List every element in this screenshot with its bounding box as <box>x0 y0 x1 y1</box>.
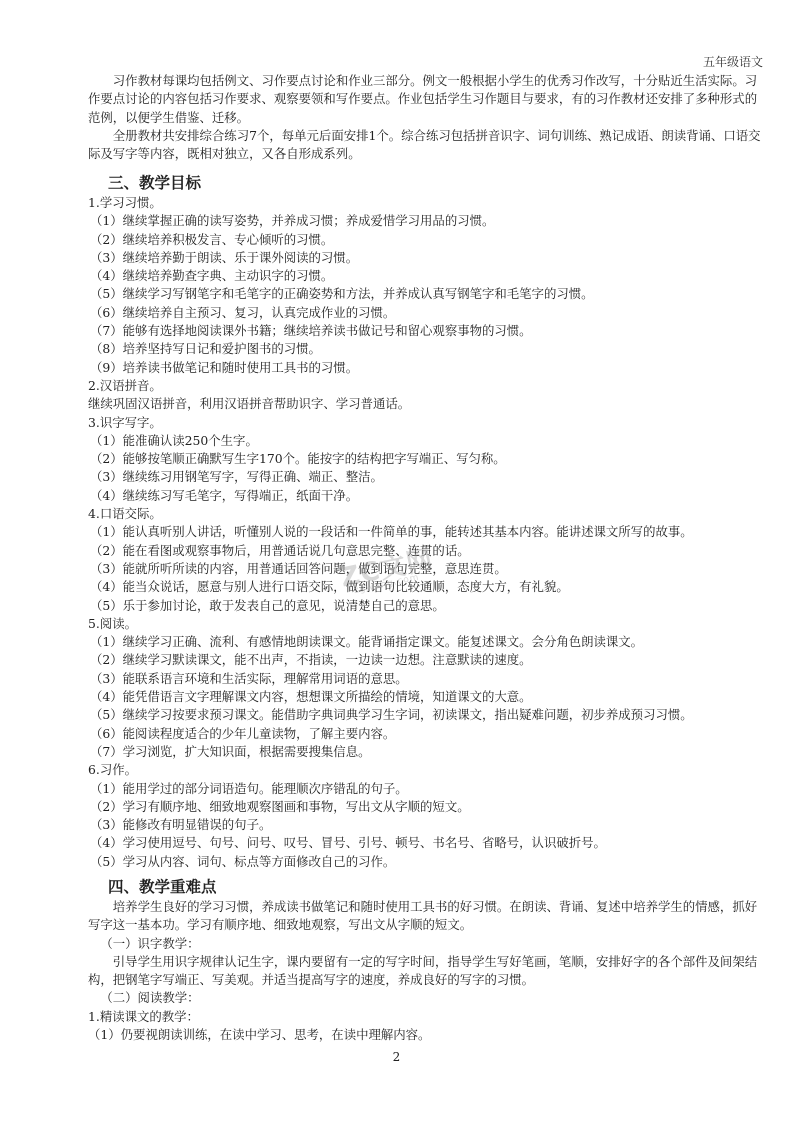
list-item: （2）继续学习默读课文，能不出声，不指读，一边读一边想。注意默读的速度。 <box>88 651 768 669</box>
intro-paragraph-2: 全册教材共安排综合练习7个，每单元后面安排1个。综合练习包括拼音识字、词句训练、… <box>88 127 768 164</box>
list-item: 继续巩固汉语拼音，利用汉语拼音帮助识字、学习普通话。 <box>88 395 768 413</box>
list-item: （5）继续学习写钢笔字和毛笔字的正确姿势和方法，并养成认真写钢笔字和毛笔字的习惯… <box>88 285 768 303</box>
list-item: （2）继续培养积极发言、专心倾听的习惯。 <box>88 231 768 249</box>
subsection-heading: （二）阅读教学： <box>88 989 768 1007</box>
section-intro: 培养学生良好的学习习惯，养成读书做笔记和随时使用工具书的好习惯。在朗读、背诵、复… <box>88 898 768 935</box>
list-item: （3）能联系语言环境和生活实际，理解常用词语的意思。 <box>88 670 768 688</box>
list-item: （2）能够按笔顺正确默写生字170个。能按字的结构把字写端正、写匀称。 <box>88 450 768 468</box>
group-heading: 1.学习习惯。 <box>88 194 768 212</box>
intro-block: 习作教材每课均包括例文、习作要点讨论和作业三部分。例文一般根据小学生的优秀习作改… <box>88 72 768 163</box>
document-page: 五年级语文 习作教材每课均包括例文、习作要点讨论和作业三部分。例文一般根据小学生… <box>0 0 793 1122</box>
list-item: （5）继续学习按要求预习课文。能借助字典词典学习生字词，初读课文，指出疑难问题，… <box>88 706 768 724</box>
list-item: （6）能阅读程度适合的少年儿童读物，了解主要内容。 <box>88 725 768 743</box>
subsection-text: 引导学生用识字规律认记生字，课内要留有一定的写字时间，指导学生写好笔画，笔顺，安… <box>88 953 768 990</box>
list-item: （4）能当众说话，愿意与别人进行口语交际，做到语句比较通顺，态度大方，有礼貌。 <box>88 578 768 596</box>
list-item: （5）乐于参加讨论，敢于发表自己的意见，说清楚自己的意思。 <box>88 597 768 615</box>
list-item: （1）能用学过的部分词语造句。能理顺次序错乱的句子。 <box>88 780 768 798</box>
list-item: （1）仍要视朗读训练，在读中学习、思考，在读中理解内容。 <box>88 1026 768 1044</box>
subsection-heading: （一）识字教学： <box>88 935 768 953</box>
section-title: 四、教学重难点 <box>88 876 768 898</box>
section-key-difficulties: 四、教学重难点 培养学生良好的学习习惯，养成读书做笔记和随时使用工具书的好习惯。… <box>88 876 768 1044</box>
list-item: （7）能够有选择地阅读课外书籍；继续培养读书做记号和留心观察事物的习惯。 <box>88 322 768 340</box>
item-heading: 1.精读课文的教学： <box>88 1008 768 1026</box>
list-item: （4）继续培养勤查字典、主动识字的习惯。 <box>88 267 768 285</box>
list-item: （6）继续培养自主预习、复习，认真完成作业的习惯。 <box>88 304 768 322</box>
running-header: 五年级语文 <box>703 53 763 70</box>
list-item: （1）能准确认读250个生字。 <box>88 432 768 450</box>
section-teaching-goals: 三、教学目标 1.学习习惯。 （1）继续掌握正确的读写姿势，并养成习惯；养成爱惜… <box>88 172 768 871</box>
list-item: （9）培养读书做笔记和随时使用工具书的习惯。 <box>88 359 768 377</box>
section-title: 三、教学目标 <box>88 172 768 194</box>
list-item: （3）继续培养勤于朗读、乐于课外阅读的习惯。 <box>88 249 768 267</box>
list-item: （1）继续掌握正确的读写姿势，并养成习惯；养成爱惜学习用品的习惯。 <box>88 212 768 230</box>
list-item: （4）继续练习写毛笔字，写得端正，纸面干净。 <box>88 487 768 505</box>
group-heading: 3.识字写字。 <box>88 414 768 432</box>
list-item: （4）能凭借语言文字理解课文内容，想想课文所描绘的情境，知道课文的大意。 <box>88 688 768 706</box>
list-item: （5）学习从内容、词句、标点等方面修改自己的习作。 <box>88 853 768 871</box>
group-heading: 5.阅读。 <box>88 615 768 633</box>
list-item: （4）学习使用逗号、句号、问号、叹号、冒号、引号、顿号、书名号、省略号，认识破折… <box>88 834 768 852</box>
group-heading: 4.口语交际。 <box>88 505 768 523</box>
list-item: （7）学习浏览，扩大知识面，根据需要搜集信息。 <box>88 743 768 761</box>
page-number: 2 <box>0 1050 793 1064</box>
group-heading: 6.习作。 <box>88 761 768 779</box>
list-item: （8）培养坚持写日记和爱护图书的习惯。 <box>88 340 768 358</box>
list-item: （3）继续练习用钢笔写字，写得正确、端正、整洁。 <box>88 468 768 486</box>
list-item: （2）学习有顺序地、细致地观察图画和事物，写出文从字顺的短文。 <box>88 798 768 816</box>
intro-paragraph-1: 习作教材每课均包括例文、习作要点讨论和作业三部分。例文一般根据小学生的优秀习作改… <box>88 72 768 127</box>
list-item: （3）能修改有明显错误的句子。 <box>88 816 768 834</box>
group-heading: 2.汉语拼音。 <box>88 377 768 395</box>
list-item: （1）继续学习正确、流利、有感情地朗读课文。能背诵指定课文。能复述课文。会分角色… <box>88 633 768 651</box>
